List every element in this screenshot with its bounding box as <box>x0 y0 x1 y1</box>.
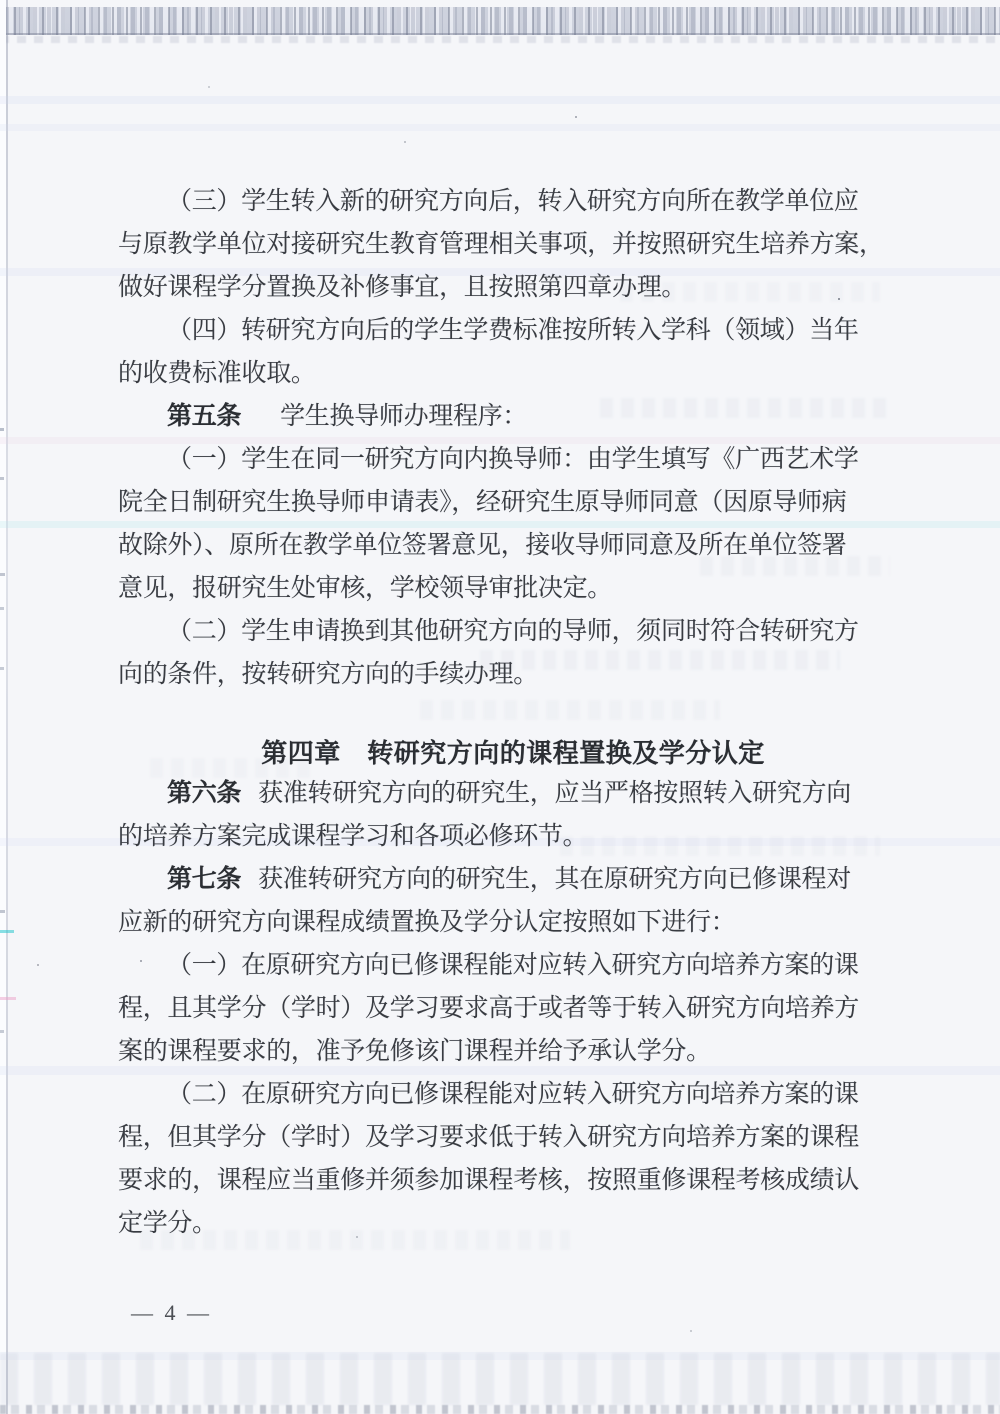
line-text: 程，但其学分（学时）及学习要求低于转入研究方向培养方案的课程 <box>118 1124 859 1151</box>
scan-noise-top-band <box>0 7 1000 35</box>
document-line: 与原教学单位对接研究生教育管理相关事项，并按照研究生培养方案， <box>118 230 908 260</box>
document-line: 向的条件，按转研究方向的手续办理。 <box>118 660 908 690</box>
line-text: 应新的研究方向课程成绩置换及学分认定按照如下进行： <box>118 909 736 936</box>
line-text: 与原教学单位对接研究生教育管理相关事项，并按照研究生培养方案， <box>118 231 884 258</box>
line-text: （一）学生在同一研究方向内换导师：由学生填写《广西艺术学 <box>167 446 859 473</box>
scanned-document-page: （三）学生转入新的研究方向后，转入研究方向所在教学单位应 与原教学单位对接研究生… <box>0 0 1000 1414</box>
article-number: 第五条 <box>167 403 241 430</box>
line-text: （三）学生转入新的研究方向后，转入研究方向所在教学单位应 <box>167 188 859 215</box>
line-text: （四）转研究方向后的学生学费标准按所转入学科（领域）当年 <box>167 317 859 344</box>
line-text: 院全日制研究生换导师申请表》，经研究生原导师同意（因原导师病 <box>118 489 847 516</box>
article-number: 第六条 <box>167 780 241 807</box>
scan-noise-bottom-smudge <box>0 1353 1000 1405</box>
scan-pink-tick <box>0 997 16 1000</box>
line-text: 向的条件，按转研究方向的手续办理。 <box>118 661 538 688</box>
line-text: 故除外）、原所在教学单位签署意见，接收导师同意及所在单位签署 <box>118 532 847 559</box>
document-line: 应新的研究方向课程成绩置换及学分认定按照如下进行： <box>118 908 908 938</box>
scan-stripe <box>0 521 1000 528</box>
line-text: 的培养方案完成课程学习和各项必修环节。 <box>118 823 587 850</box>
document-line: （二）学生申请换到其他研究方向的导师，须同时符合转研究方 <box>118 617 957 647</box>
document-line: （一）在原研究方向已修课程能对应转入研究方向培养方案的课 <box>118 951 957 981</box>
scan-edge-tick <box>0 667 4 670</box>
scan-left-edge-line <box>6 0 8 1414</box>
document-line: 第七条获准转研究方向的研究生，其在原研究方向已修课程对 <box>118 865 957 895</box>
scan-edge-tick <box>0 477 4 480</box>
scan-edge-tick <box>0 573 5 576</box>
document-line: （一）学生在同一研究方向内换导师：由学生填写《广西艺术学 <box>118 445 957 475</box>
document-line: 程，且其学分（学时）及学习要求高于或者等于转入研究方向培养方 <box>118 994 908 1024</box>
line-text: （一）在原研究方向已修课程能对应转入研究方向培养方案的课 <box>167 952 859 979</box>
scan-noise-top-band-2 <box>0 36 1000 43</box>
document-line: 第六条获准转研究方向的研究生，应当严格按照转入研究方向 <box>118 779 957 809</box>
line-text: 获准转研究方向的研究生，其在原研究方向已修课程对 <box>258 866 851 893</box>
line-text: 获准转研究方向的研究生，应当严格按照转入研究方向 <box>258 780 851 807</box>
line-text: 学生换导师办理程序： <box>280 403 527 430</box>
document-line: 案的课程要求的，准予免修该门课程并给予承认学分。 <box>118 1037 908 1067</box>
line-text: 要求的，课程应当重修并须参加课程考核，按照重修课程考核成绩认 <box>118 1167 859 1194</box>
document-line: 的收费标准收取。 <box>118 359 908 389</box>
document-line: （四）转研究方向后的学生学费标准按所转入学科（领域）当年 <box>118 316 957 346</box>
document-line: （二）在原研究方向已修课程能对应转入研究方向培养方案的课 <box>118 1080 957 1110</box>
scan-edge-tick <box>0 607 4 610</box>
line-text: （二）学生申请换到其他研究方向的导师，须同时符合转研究方 <box>167 618 859 645</box>
page-number: — 4 — <box>131 1300 212 1326</box>
scan-speckles <box>0 0 2 2</box>
line-text: （二）在原研究方向已修课程能对应转入研究方向培养方案的课 <box>167 1081 859 1108</box>
scan-cyan-tick <box>0 930 14 933</box>
line-text: 的收费标准收取。 <box>118 360 316 387</box>
line-text: 程，且其学分（学时）及学习要求高于或者等于转入研究方向培养方 <box>118 995 859 1022</box>
scan-stripe <box>0 124 1000 131</box>
document-line: 故除外）、原所在教学单位签署意见，接收导师同意及所在单位签署 <box>118 531 908 561</box>
scan-stripe <box>0 1066 1000 1075</box>
article-number: 第七条 <box>167 866 241 893</box>
scan-edge-tick <box>0 910 5 913</box>
scan-edge-tick <box>0 428 4 431</box>
document-line: 定学分。 <box>118 1209 908 1239</box>
document-line: （三）学生转入新的研究方向后，转入研究方向所在教学单位应 <box>118 187 957 217</box>
bleed-through-text <box>420 700 720 720</box>
line-text: 案的课程要求的，准予免修该门课程并给予承认学分。 <box>118 1038 711 1065</box>
line-text: 做好课程学分置换及补修事宜，且按照第四章办理。 <box>118 274 686 301</box>
document-line: 意见，报研究生处审核，学校领导审批决定。 <box>118 574 908 604</box>
document-line: 做好课程学分置换及补修事宜，且按照第四章办理。 <box>118 273 908 303</box>
scan-stripe <box>0 437 1000 444</box>
document-line: 要求的，课程应当重修并须参加课程考核，按照重修课程考核成绩认 <box>118 1166 908 1196</box>
document-line: 院全日制研究生换导师申请表》，经研究生原导师同意（因原导师病 <box>118 488 908 518</box>
line-text: 意见，报研究生处审核，学校领导审批决定。 <box>118 575 612 602</box>
scan-noise-bottom-band <box>0 1405 1000 1414</box>
line-text: 定学分。 <box>118 1210 217 1237</box>
scan-edge-tick <box>0 1030 4 1033</box>
document-line: 第五条学生换导师办理程序： <box>118 402 957 432</box>
chapter-heading: 第四章 转研究方向的课程置换及学分认定 <box>118 733 908 770</box>
document-line: 的培养方案完成课程学习和各项必修环节。 <box>118 822 908 852</box>
scan-stripe <box>0 96 1000 104</box>
document-line: 程，但其学分（学时）及学习要求低于转入研究方向培养方案的课程 <box>118 1123 908 1153</box>
